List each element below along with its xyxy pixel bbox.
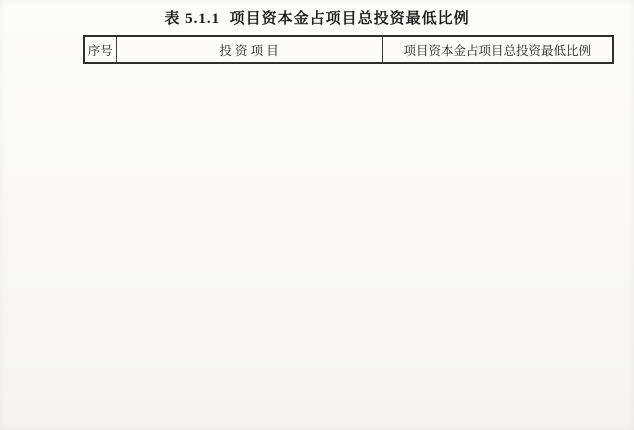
capital-ratio-table: 序号 投 资 项 目 项目资本金占项目总投资最低比例 (83, 35, 614, 64)
header-index: 序号 (84, 36, 116, 63)
table-header-row: 序号 投 资 项 目 项目资本金占项目总投资最低比例 (84, 36, 613, 63)
header-ratio: 项目资本金占项目总投资最低比例 (382, 36, 613, 63)
table-title: 表 5.1.1 项目资本金占项目总投资最低比例 (0, 7, 634, 28)
header-project: 投 资 项 目 (116, 36, 382, 63)
scanned-document-page: 表 5.1.1 项目资本金占项目总投资最低比例 序号 投 资 项 目 项目资本金… (0, 0, 634, 430)
